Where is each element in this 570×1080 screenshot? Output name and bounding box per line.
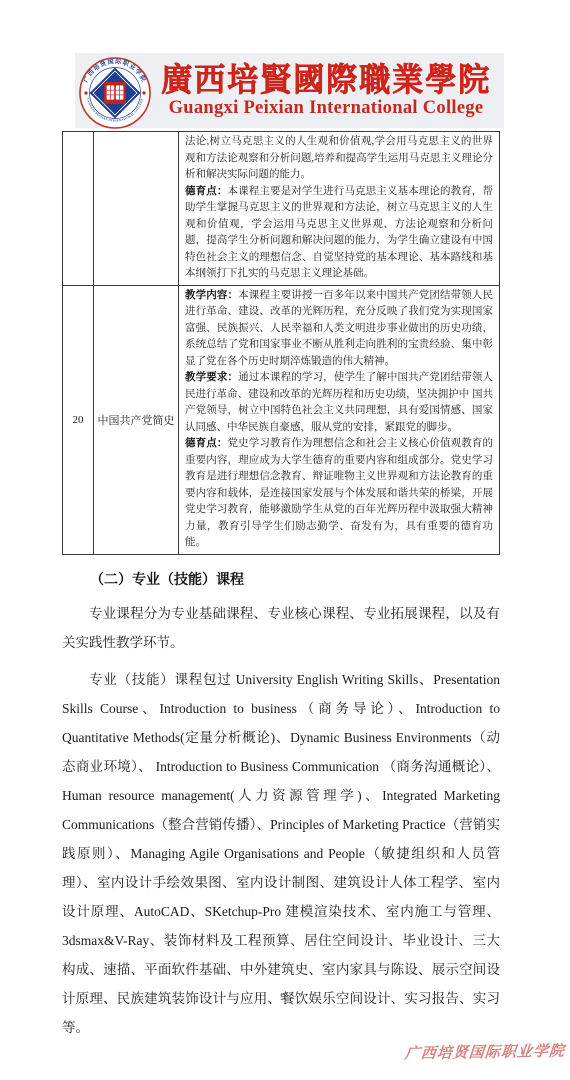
course-description-cell: 法论,树立马克思主义的人生观和价值观,学会用马克思主义的世界观和方法论观察和分析…	[179, 132, 500, 286]
course-description-cell: 教学内容：本课程主要讲授一百多年以来中国共产党团结带领人民进行革命、建设、改革的…	[179, 285, 500, 554]
document-page: 广西培贤国际职业学院 GUANGXI PEIXIAN INTERNATIONAL…	[0, 0, 570, 1080]
cell-paragraph: 德育点：党史学习教育作为理想信念和社会主义核心价值观教育的重要内容，理应成为大学…	[185, 436, 493, 552]
course-name-cell	[94, 132, 179, 286]
header-banner: 广西培贤国际职业学院 GUANGXI PEIXIAN INTERNATIONAL…	[75, 53, 504, 128]
logo-star-right	[142, 91, 145, 94]
curriculum-table: 法论,树立马克思主义的人生观和价值观,学会用马克思主义的世界观和方法论观察和分析…	[62, 131, 500, 555]
cell-paragraph: 教学要求：通过本课程的学习，使学生了解中国共产党团结带领人民进行革命、建设和改革…	[185, 370, 493, 436]
cell-paragraph: 教学内容：本课程主要讲授一百多年以来中国共产党团结带领人民进行革命、建设、改革的…	[185, 288, 493, 371]
section-heading: （二）专业（技能）课程	[62, 571, 500, 591]
logo-star-left	[84, 91, 87, 94]
course-name-cell: 中国共产党简史	[94, 285, 179, 554]
table-row-continuation: 法论,树立马克思主义的人生观和价值观,学会用马克思主义的世界观和方法论观察和分析…	[63, 132, 500, 286]
college-seal-logo-icon: 广西培贤国际职业学院 GUANGXI PEIXIAN INTERNATIONAL…	[79, 57, 151, 129]
body-paragraph: 专业（技能）课程包过 University English Writing Sk…	[62, 665, 500, 1042]
body-paragraph: 专业课程分为专业基础课程、专业核心课程、专业拓展课程，以及有关实践性教学环节。	[62, 599, 500, 657]
signature-watermark: 广西培贤国际职业学院	[404, 1040, 566, 1064]
college-name-chinese: 廣西培賢國際職業學院	[161, 61, 491, 98]
cell-paragraph: 德育点：本课程主要是对学生进行马克思主义基本理论的教育，帮助学生掌握马克思主义的…	[185, 184, 493, 283]
cell-paragraph: 法论,树立马克思主义的人生观和价值观,学会用马克思主义的世界观和方法论观察和分析…	[185, 134, 493, 184]
college-name-english: Guangxi Peixian International College	[169, 98, 484, 119]
course-number-cell	[63, 132, 94, 286]
body-section: （二）专业（技能）课程 专业课程分为专业基础课程、专业核心课程、专业拓展课程，以…	[62, 549, 500, 1042]
college-title-block: 廣西培賢國際職業學院 Guangxi Peixian International…	[161, 62, 491, 119]
course-number-cell: 20	[63, 285, 94, 554]
body-paragraphs: 专业课程分为专业基础课程、专业核心课程、专业拓展课程，以及有关实践性教学环节。专…	[62, 599, 500, 1042]
table-row-course-20: 20 中国共产党简史 教学内容：本课程主要讲授一百多年以来中国共产党团结带领人民…	[63, 285, 500, 554]
page-number: 9	[0, 991, 566, 1003]
